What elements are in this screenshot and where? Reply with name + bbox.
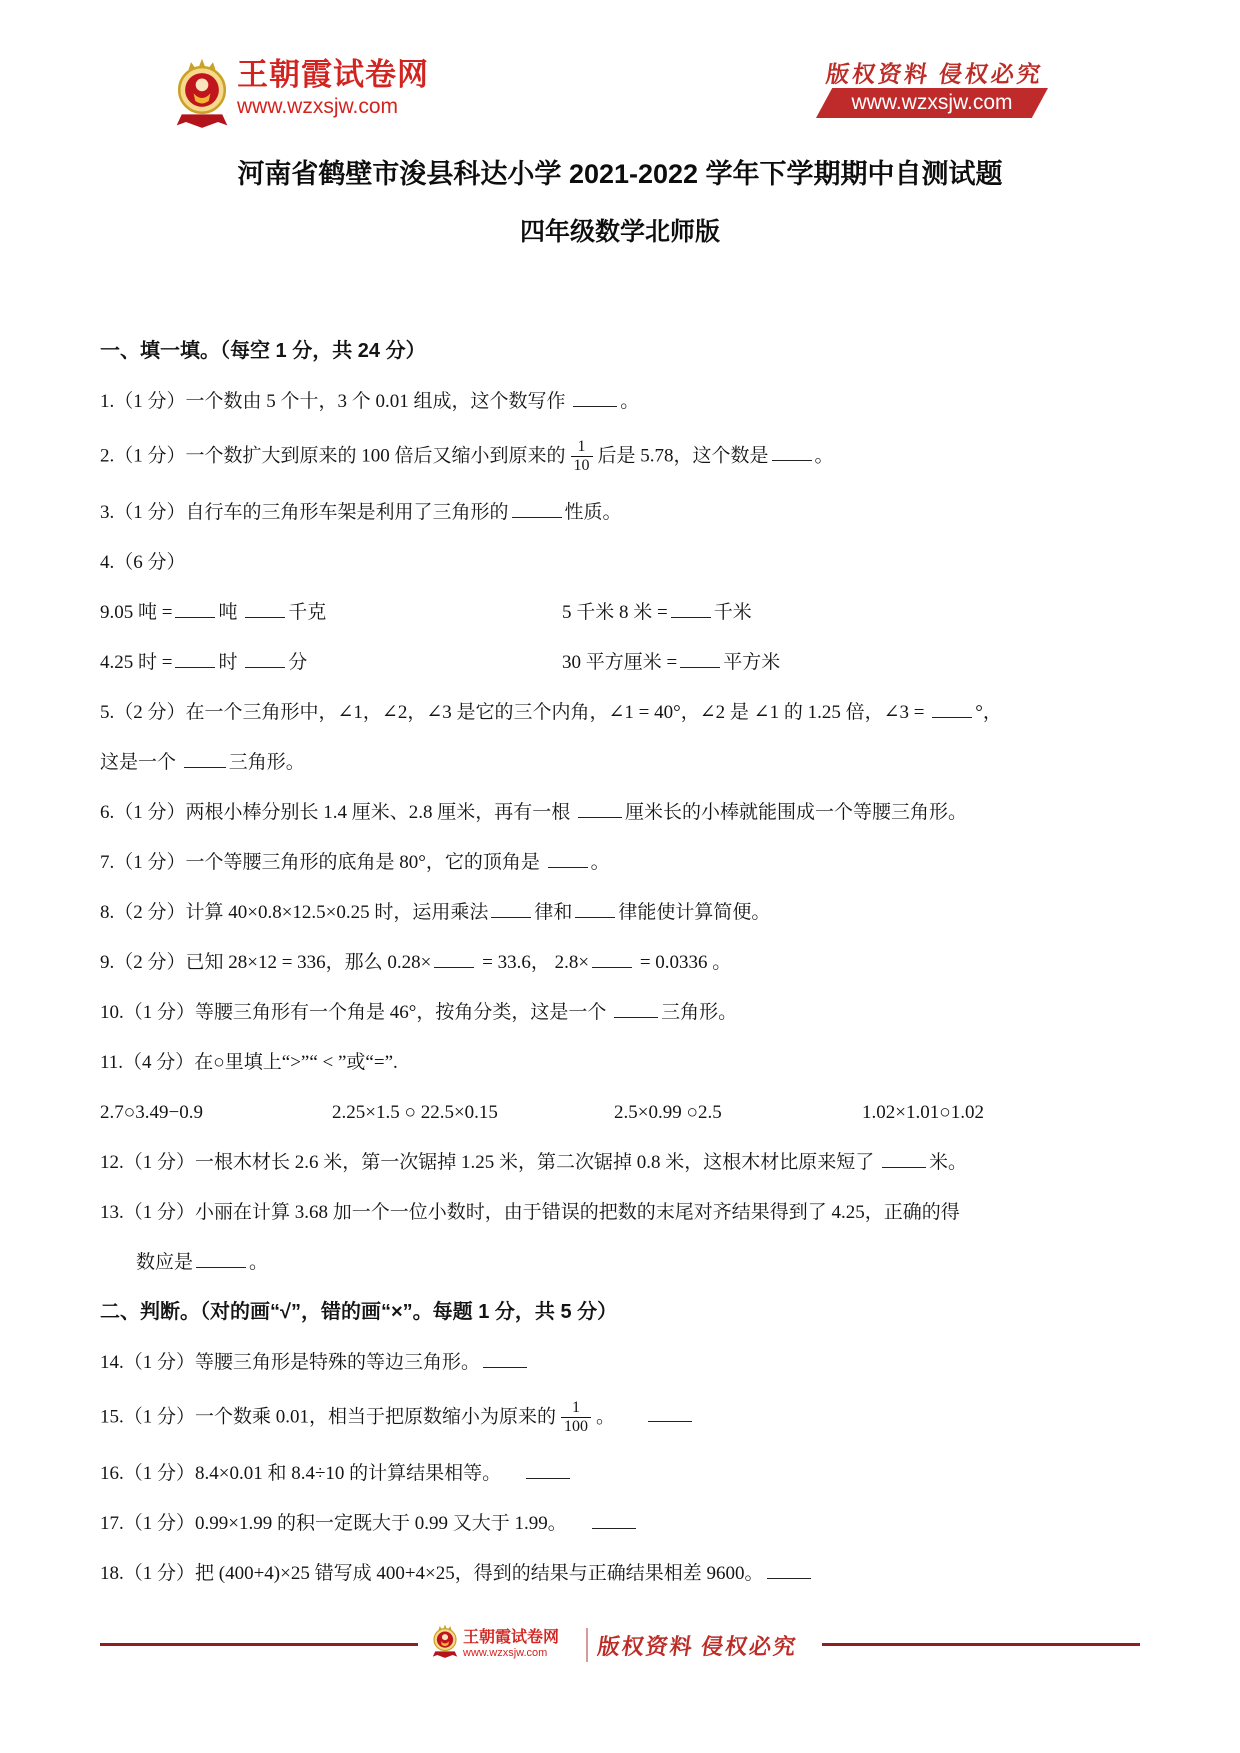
question-text: 三角形。 <box>661 1002 737 1023</box>
question-text: 1.（1 分）一个数由 5 个十，3 个 0.01 组成，这个数写作 <box>100 391 570 412</box>
answer-blank[interactable] <box>575 899 615 918</box>
question-line: 12.（1 分）一根木材长 2.6 米，第一次锯掉 1.25 米，第二次锯掉 0… <box>100 1149 1144 1176</box>
question-line: 数应是。 <box>100 1249 1144 1276</box>
answer-blank[interactable] <box>614 999 658 1018</box>
site-name: 王朝霞试卷网 <box>237 58 429 92</box>
fraction-numerator: 1 <box>575 438 589 456</box>
question-text: = 33.6， 2.8× <box>477 952 589 973</box>
answer-blank[interactable] <box>671 599 711 618</box>
question-text: 8.（2 分）计算 40×0.8×12.5×0.25 时，运用乘法 <box>100 902 488 923</box>
question-text: 12.（1 分）一根木材长 2.6 米，第一次锯掉 1.25 米，第二次锯掉 0… <box>100 1152 879 1173</box>
question-text: 11.（4 分）在○里填上“>”“ < ”或“=”. <box>100 1052 398 1073</box>
question-column: 4.25 时 =时 分 <box>100 649 562 676</box>
question-text: 律能使计算简便。 <box>618 902 770 923</box>
question-text: 性质。 <box>565 502 622 523</box>
question-column: 2.5×0.99 ○2.5 <box>614 1099 862 1126</box>
answer-blank[interactable] <box>578 799 622 818</box>
question-text: 律和 <box>534 902 572 923</box>
question-text: 17.（1 分）0.99×1.99 的积一定既大于 0.99 又大于 1.99。 <box>100 1513 567 1534</box>
footer-copyright-slogan: 版权资料 侵权必究 <box>596 1630 815 1661</box>
question-text: 3.（1 分）自行车的三角形车架是利用了三角形的 <box>100 502 509 523</box>
fraction-denominator: 100 <box>561 1417 591 1436</box>
site-url[interactable]: www.wzxsjw.com <box>237 94 429 120</box>
question-text: 5 千米 8 米 = <box>562 602 668 623</box>
question-text: 4.（6 分） <box>100 552 186 573</box>
seal-emblem-icon <box>432 1624 458 1665</box>
question-line: 15.（1 分）一个数乘 0.01，相当于把原数缩小为原来的1100。 <box>100 1399 1144 1437</box>
answer-blank[interactable] <box>648 1403 692 1422</box>
answer-blank[interactable] <box>184 749 226 768</box>
question-text: 这是一个 <box>100 752 181 773</box>
footer-site-logo: 王朝霞试卷网 www.wzxsjw.com <box>432 1624 559 1665</box>
answer-blank[interactable] <box>932 699 972 718</box>
question-text: 7.（1 分）一个等腰三角形的底角是 80°，它的顶角是 <box>100 852 545 873</box>
question-text: 。 <box>815 445 834 466</box>
question-text: 6.（1 分）两根小棒分别长 1.4 厘米、2.8 厘米，再有一根 <box>100 802 575 823</box>
question-line: 9.05 吨 =吨 千克5 千米 8 米 =千米 <box>100 599 1144 626</box>
answer-blank[interactable] <box>245 649 285 668</box>
question-line: 1.（1 分）一个数由 5 个十，3 个 0.01 组成，这个数写作 。 <box>100 388 1144 415</box>
question-column: 2.25×1.5 ○ 22.5×0.15 <box>332 1099 614 1126</box>
site-logo: 王朝霞试卷网 www.wzxsjw.com <box>175 58 429 137</box>
question-text: 14.（1 分）等腰三角形是特殊的等边三角形。 <box>100 1352 480 1373</box>
question-line: 9.（2 分）已知 28×12 = 336，那么 0.28× = 33.6， 2… <box>100 949 1144 976</box>
url-banner[interactable]: www.wzxsjw.com <box>816 88 1048 118</box>
question-line: 4.（6 分） <box>100 549 1144 576</box>
copyright-slogan: 版权资料 侵权必究 <box>818 56 1053 89</box>
answer-blank[interactable] <box>526 1460 570 1479</box>
question-line: 14.（1 分）等腰三角形是特殊的等边三角形。 <box>100 1349 1144 1376</box>
question-text: 9.（2 分）已知 28×12 = 336，那么 0.28× <box>100 952 431 973</box>
question-text: 米。 <box>929 1152 967 1173</box>
question-text: = 0.0336 。 <box>635 952 731 973</box>
footer-site-name: 王朝霞试卷网 <box>463 1629 559 1647</box>
question-column: 5 千米 8 米 =千米 <box>562 599 1144 626</box>
answer-blank[interactable] <box>175 599 215 618</box>
question-line: 16.（1 分）8.4×0.01 和 8.4÷10 的计算结果相等。 <box>100 1460 1144 1487</box>
fraction-numerator: 1 <box>569 1399 583 1417</box>
question-line: 2.（1 分）一个数扩大到原来的 100 倍后又缩小到原来的110后是 5.78… <box>100 438 1144 476</box>
question-text: 2.（1 分）一个数扩大到原来的 100 倍后又缩小到原来的 <box>100 445 566 466</box>
question-text: 9.05 吨 = <box>100 602 172 623</box>
question-text: 千米 <box>714 602 752 623</box>
question-line: 这是一个 三角形。 <box>100 749 1144 776</box>
exam-subtitle: 四年级数学北师版 <box>0 212 1240 248</box>
question-body: 一、填一填。（每空 1 分，共 24 分）1.（1 分）一个数由 5 个十，3 … <box>100 338 1144 1610</box>
footer-site-url[interactable]: www.wzxsjw.com <box>463 1647 559 1660</box>
question-line: 4.25 时 =时 分30 平方厘米 =平方米 <box>100 649 1144 676</box>
answer-blank[interactable] <box>434 949 474 968</box>
question-text: 30 平方厘米 = <box>562 652 677 673</box>
footer-left-rule <box>100 1643 418 1646</box>
page-header: 王朝霞试卷网 www.wzxsjw.com 版权资料 侵权必究 www.wzxs… <box>0 0 1240 150</box>
question-text: 2.7○3.49−0.9 <box>100 1102 203 1123</box>
answer-blank[interactable] <box>767 1560 811 1579</box>
question-text: 分 <box>288 652 307 673</box>
question-line: 2.7○3.49−0.92.25×1.5 ○ 22.5×0.152.5×0.99… <box>100 1099 1144 1126</box>
question-text: 2.25×1.5 ○ 22.5×0.15 <box>332 1102 498 1123</box>
question-text: 厘米长的小棒就能围成一个等腰三角形。 <box>625 802 967 823</box>
question-text: 后是 5.78，这个数是 <box>598 445 769 466</box>
footer-divider <box>586 1628 588 1662</box>
answer-blank[interactable] <box>483 1349 527 1368</box>
answer-blank[interactable] <box>772 442 812 461</box>
footer-right-rule <box>822 1643 1140 1646</box>
question-line: 17.（1 分）0.99×1.99 的积一定既大于 0.99 又大于 1.99。 <box>100 1510 1144 1537</box>
exam-title: 河南省鹤壁市浚县科达小学 2021-2022 学年下学期期中自测试题 <box>0 152 1240 191</box>
question-line: 6.（1 分）两根小棒分别长 1.4 厘米、2.8 厘米，再有一根 厘米长的小棒… <box>100 799 1144 826</box>
question-line: 13.（1 分）小丽在计算 3.68 加一个一位小数时，由于错误的把数的末尾对齐… <box>100 1199 1144 1226</box>
question-text: 数应是 <box>136 1252 193 1273</box>
fraction: 1100 <box>561 1399 591 1437</box>
question-text: 15.（1 分）一个数乘 0.01，相当于把原数缩小为原来的 <box>100 1406 556 1427</box>
question-text: 。 <box>620 391 639 412</box>
question-text: 时 <box>218 652 242 673</box>
answer-blank[interactable] <box>491 899 531 918</box>
question-text: 平方米 <box>723 652 780 673</box>
question-column: 9.05 吨 =吨 千克 <box>100 599 562 626</box>
page-footer: 王朝霞试卷网 www.wzxsjw.com 版权资料 侵权必究 <box>0 1622 1240 1682</box>
question-text: 吨 <box>218 602 242 623</box>
question-line: 7.（1 分）一个等腰三角形的底角是 80°，它的顶角是 。 <box>100 849 1144 876</box>
question-column: 30 平方厘米 =平方米 <box>562 649 1144 676</box>
answer-blank[interactable] <box>882 1149 926 1168</box>
question-text: 。 <box>596 1406 615 1427</box>
answer-blank[interactable] <box>512 499 562 518</box>
question-column: 2.7○3.49−0.9 <box>100 1099 332 1126</box>
answer-blank[interactable] <box>680 649 720 668</box>
answer-blank[interactable] <box>175 649 215 668</box>
question-line: 3.（1 分）自行车的三角形车架是利用了三角形的性质。 <box>100 499 1144 526</box>
question-text: 2.5×0.99 ○2.5 <box>614 1102 722 1123</box>
section-title: 一、填一填。（每空 1 分，共 24 分） <box>100 338 1144 365</box>
question-text: 16.（1 分）8.4×0.01 和 8.4÷10 的计算结果相等。 <box>100 1463 501 1484</box>
answer-blank[interactable] <box>196 1249 246 1268</box>
question-text: 千克 <box>288 602 326 623</box>
question-text: 4.25 时 = <box>100 652 172 673</box>
question-text: 。 <box>249 1252 268 1273</box>
seal-emblem-icon <box>175 58 229 137</box>
question-text: 1.02×1.01○1.02 <box>862 1102 984 1123</box>
question-line: 18.（1 分）把 (400+4)×25 错写成 400+4×25，得到的结果与… <box>100 1560 1144 1587</box>
question-text: 10.（1 分）等腰三角形有一个角是 46°，按角分类，这是一个 <box>100 1002 611 1023</box>
question-text: 三角形。 <box>229 752 305 773</box>
fraction: 110 <box>571 438 593 476</box>
question-line: 8.（2 分）计算 40×0.8×12.5×0.25 时，运用乘法律和律能使计算… <box>100 899 1144 926</box>
answer-blank[interactable] <box>573 388 617 407</box>
question-column: 1.02×1.01○1.02 <box>862 1099 1144 1126</box>
answer-blank[interactable] <box>548 849 588 868</box>
question-text: 5.（2 分）在一个三角形中，∠1，∠2，∠3 是它的三个内角，∠1 = 40°… <box>100 702 929 723</box>
question-text: 18.（1 分）把 (400+4)×25 错写成 400+4×25，得到的结果与… <box>100 1563 764 1584</box>
question-line: 5.（2 分）在一个三角形中，∠1，∠2，∠3 是它的三个内角，∠1 = 40°… <box>100 699 1144 726</box>
answer-blank[interactable] <box>592 1510 636 1529</box>
section-title: 二、判断。（对的画“√”，错的画“×”。每题 1 分，共 5 分） <box>100 1299 1144 1326</box>
question-text: °， <box>975 702 1002 723</box>
fraction-denominator: 10 <box>571 456 593 475</box>
question-text: 13.（1 分）小丽在计算 3.68 加一个一位小数时，由于错误的把数的末尾对齐… <box>100 1202 960 1223</box>
question-text: 。 <box>591 852 610 873</box>
answer-blank[interactable] <box>592 949 632 968</box>
question-line: 10.（1 分）等腰三角形有一个角是 46°，按角分类，这是一个 三角形。 <box>100 999 1144 1026</box>
question-line: 11.（4 分）在○里填上“>”“ < ”或“=”. <box>100 1049 1144 1076</box>
answer-blank[interactable] <box>245 599 285 618</box>
